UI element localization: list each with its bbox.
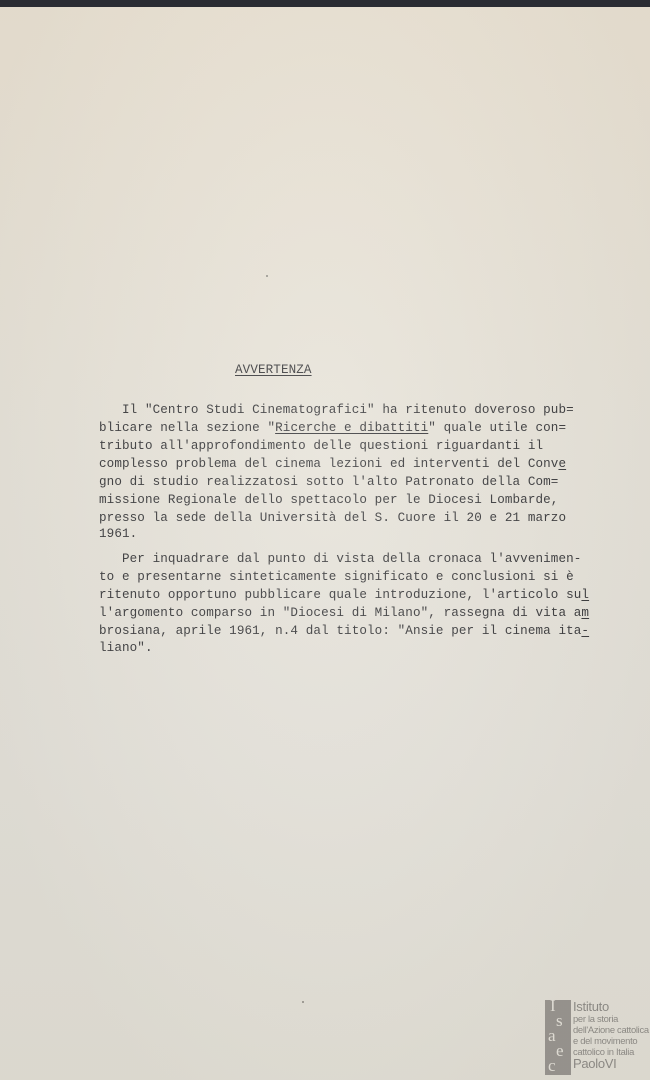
paragraph1-line: blicare nella sezione "Ricerche e dibatt…: [99, 421, 566, 435]
paragraph1-line: tributo all'approfondimento delle questi…: [99, 439, 543, 453]
paragraph1-line: complesso problema del cinema lezioni ed…: [99, 457, 566, 471]
paragraph2-line: l'argomento comparso in "Diocesi di Mila…: [99, 606, 589, 620]
paragraph1-line: 1961.: [99, 527, 137, 541]
paper-speck: [302, 1001, 304, 1003]
paragraph2-line: ritenuto opportuno pubblicare quale intr…: [99, 588, 589, 602]
paragraph2-line: Per inquadrare dal punto di vista della …: [99, 552, 581, 566]
paragraph1-line: gno di studio realizzatosi sotto l'alto …: [99, 475, 558, 489]
document-page: AVVERTENZA Il "Centro Studi Cinematograf…: [0, 7, 650, 1080]
isacem-watermark-logo: I s a e c Istituto per la storia dell'Az…: [545, 1000, 650, 1080]
paragraph2-line: to e presentarne sinteticamente signific…: [99, 570, 574, 584]
logo-letters: I s a e c: [547, 998, 571, 1073]
paragraph2-line: liano".: [99, 641, 153, 655]
paragraph1-line: missione Regionale dello spettacolo per …: [99, 493, 558, 507]
paragraph2-line: brosiana, aprile 1961, n.4 dal titolo: "…: [99, 624, 589, 638]
paragraph1-line: Il "Centro Studi Cinematografici" ha rit…: [99, 403, 574, 417]
paper-speck: [266, 275, 268, 277]
section-name-underlined: Ricerche e dibattiti: [275, 421, 428, 435]
logo-text: Istituto per la storia dell'Azione catto…: [573, 1000, 649, 1070]
paragraph1-line: presso la sede della Università del S. C…: [99, 511, 566, 525]
document-title: AVVERTENZA: [235, 363, 312, 377]
